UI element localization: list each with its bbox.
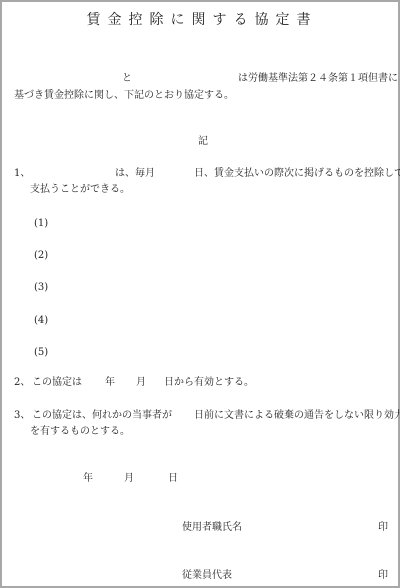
clause3-number: 3、 xyxy=(14,410,30,422)
clause1-part-a: は、毎月 xyxy=(115,168,155,180)
clause2-number: 2、 xyxy=(14,377,30,389)
clause3-line2: を有するものとする。 xyxy=(30,426,130,438)
employee-representative-seal: 印 xyxy=(378,570,388,582)
clause2-text-a: この協定は xyxy=(32,377,82,389)
deduction-item-2: (2) xyxy=(34,250,48,262)
employee-representative-label: 従業員代表 xyxy=(182,570,232,582)
clause2-month: 月 xyxy=(136,377,146,389)
clause1-number: 1、 xyxy=(14,168,30,180)
deduction-item-3: (3) xyxy=(34,282,48,294)
deduction-item-5: (5) xyxy=(34,347,48,359)
document-title: 賃金控除に関する協定書 xyxy=(2,14,400,26)
clause1-part-b: 日、賃金支払いの際次に掲げるものを控除して xyxy=(194,168,400,180)
document-page: 賃金控除に関する協定書 と は労働基準法第２４条第１項但書に 基づき賃金控除に関… xyxy=(0,0,400,588)
ki-heading: 記 xyxy=(198,136,208,148)
intro-line1: は労働基準法第２４条第１項但書に xyxy=(238,73,398,85)
date-day: 日 xyxy=(168,473,178,485)
intro-to: と xyxy=(122,73,132,85)
clause3-text-a: この協定は、何れかの当事者が xyxy=(32,410,172,422)
date-month: 月 xyxy=(124,473,134,485)
employer-name-label: 使用者職氏名 xyxy=(182,522,242,534)
clause3-text-b: 日前に文書による破棄の通告をしない限り効力 xyxy=(194,410,400,422)
employer-seal: 印 xyxy=(378,522,388,534)
deduction-item-1: (1) xyxy=(34,218,48,230)
date-year: 年 xyxy=(83,473,93,485)
clause2-text-b: 日から有効とする。 xyxy=(164,377,254,389)
clause1-line2: 支払うことができる。 xyxy=(30,184,130,196)
deduction-item-4: (4) xyxy=(34,315,48,327)
clause2-year: 年 xyxy=(105,377,115,389)
intro-line2: 基づき賃金控除に関し、下記のとおり協定する。 xyxy=(14,90,234,102)
